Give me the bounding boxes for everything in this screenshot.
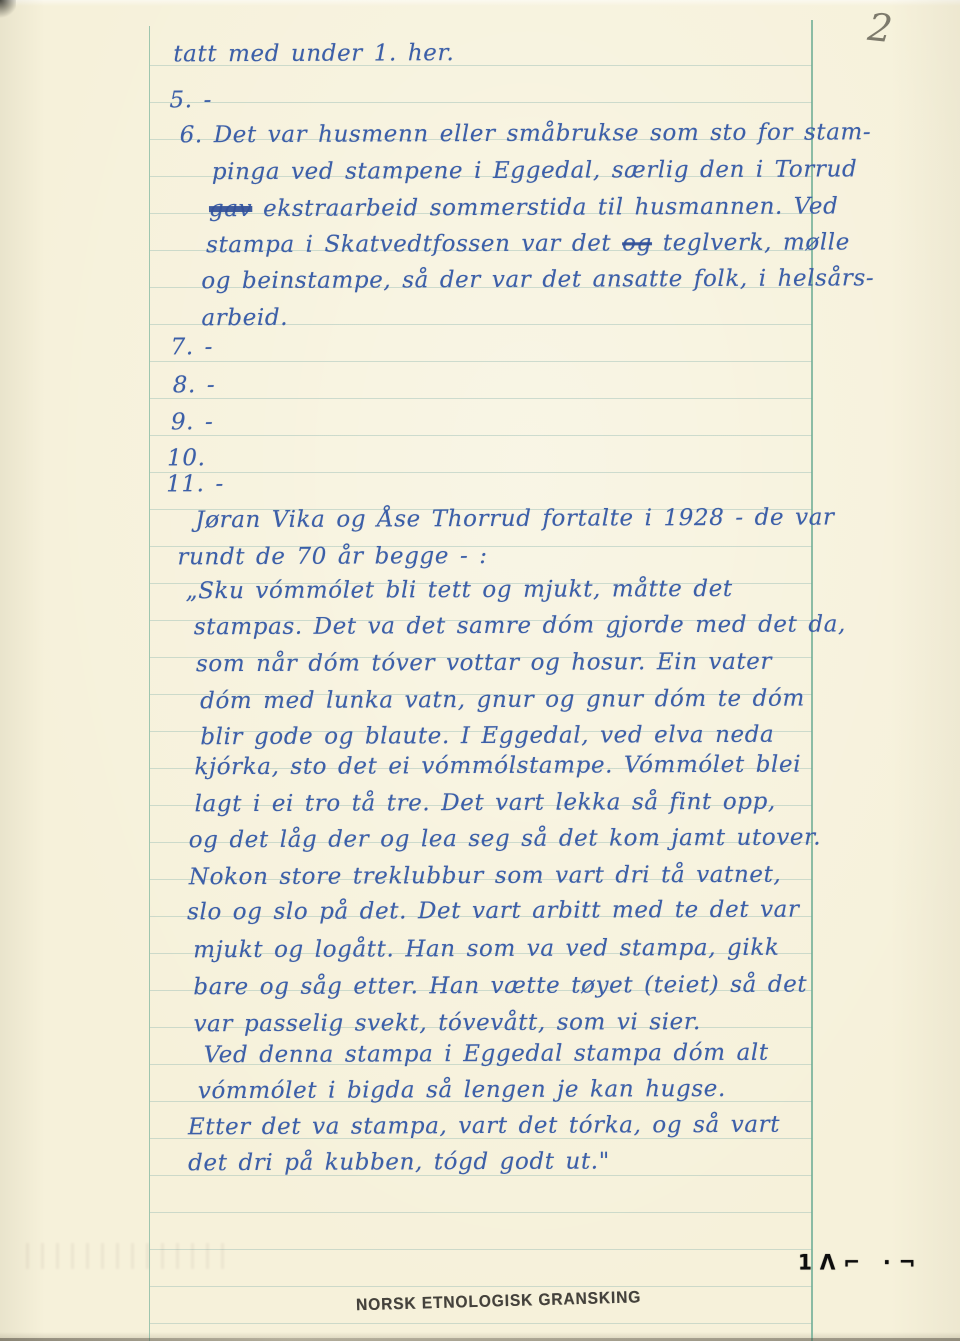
handwriting-line: slo og slo på det. Det vart arbitt med t… — [187, 897, 800, 926]
handwriting-line: og beinstampe, så der var det ansatte fo… — [201, 265, 874, 294]
handwriting-text: rundt de 70 år begge - : — [177, 543, 487, 570]
handwriting-line: tatt med under 1. her. — [173, 40, 454, 67]
ink-bleed-through-marks — [26, 1243, 231, 1269]
handwriting-text: tatt med under 1. her. — [173, 40, 454, 67]
handwriting-text: var passelig svekt, tóvevått, som vi sie… — [193, 1009, 700, 1037]
handwriting-line: vómmólet i bigda så lengen je kan hugse. — [198, 1076, 726, 1104]
struck-word: og — [622, 230, 652, 256]
handwriting-text: bare og såg etter. Han vætte tøyet (teie… — [193, 972, 807, 1001]
handwriting-line: kjórka, sto det ei vómmólstampe. Vómmóle… — [194, 752, 801, 781]
handwriting-text: og det låg der og lea seg så det kom jam… — [189, 825, 821, 854]
handwriting-line: 7. - — [171, 334, 214, 360]
handwriting-text: 8. - — [173, 372, 216, 398]
handwriting-line: gav ekstraarbeid sommerstida til husmann… — [209, 193, 839, 222]
handwriting-line: 6. Det var husmenn eller småbrukse som s… — [180, 119, 872, 148]
handwriting-line: og det låg der og lea seg så det kom jam… — [189, 825, 821, 854]
handwriting-line: blir gode og blaute. I Eggedal, ved elva… — [200, 722, 774, 751]
handwriting-text: kjórka, sto det ei vómmólstampe. Vómmóle… — [194, 752, 801, 781]
handwriting-line: Nokon store treklubbur som vart dri tå v… — [189, 862, 782, 891]
handwriting-text: 7. - — [171, 334, 214, 360]
handwriting-line: 10. — [167, 445, 206, 471]
handwriting-text: Jøran Vika og Åse Thorrud fortalte i 192… — [195, 504, 834, 533]
handwriting-text: som når dóm tóver vottar og hosur. Ein v… — [196, 649, 772, 678]
handwriting-text: mjukt og logått. Han som va ved stampa, … — [193, 935, 779, 964]
handwriting-text: stampa i Skatvedtfossen var det — [206, 230, 622, 258]
handwriting-text: pinga ved stampene i Eggedal, særlig den… — [212, 156, 858, 185]
handwriting-line: „Sku vómmólet bli tett og mjukt, måtte d… — [186, 576, 733, 604]
handwriting-text: 10. — [167, 445, 206, 471]
handwriting-text: ekstraarbeid sommerstida til husmannen. … — [252, 193, 838, 222]
handwriting-text: 9. - — [171, 409, 214, 435]
handwriting-line: stampa i Skatvedtfossen var det og teglv… — [206, 229, 850, 258]
handwriting-text: vómmólet i bigda så lengen je kan hugse. — [198, 1076, 726, 1104]
handwriting-text: 6. Det var husmenn eller småbrukse som s… — [180, 119, 872, 148]
handwriting-line: stampas. Det va det samre dóm gjorde med… — [194, 611, 846, 640]
handwriting-text: Etter det va stampa, vart det tórka, og … — [188, 1112, 780, 1141]
handwriting-text: det dri på kubben, tógd godt ut." — [188, 1148, 610, 1176]
handwriting-text: slo og slo på det. Det vart arbitt med t… — [187, 897, 800, 926]
handwriting-text: „Sku vómmólet bli tett og mjukt, måtte d… — [186, 576, 733, 604]
handwriting-line: 9. - — [171, 409, 214, 435]
handwriting-line: bare og såg etter. Han vætte tøyet (teie… — [193, 972, 807, 1001]
handwriting-line: 11. - — [166, 471, 224, 497]
handwriting-line: arbeid. — [201, 305, 288, 331]
handwriting-line: Ved denna stampa i Eggedal stampa dóm al… — [204, 1040, 769, 1068]
handwriting-line: var passelig svekt, tóvevått, som vi sie… — [193, 1009, 700, 1037]
handwriting-line: 8. - — [173, 372, 216, 398]
handwriting-line: som når dóm tóver vottar og hosur. Ein v… — [196, 649, 772, 678]
partial-stamp-marks: 1Ʌ⌐ ∙¬ — [798, 1249, 923, 1274]
handwriting-text: blir gode og blaute. I Eggedal, ved elva… — [200, 722, 774, 751]
handwriting-text: stampas. Det va det samre dóm gjorde med… — [194, 611, 846, 640]
handwriting-text: Nokon store treklubbur som vart dri tå v… — [189, 862, 782, 891]
handwriting-text: 5. - — [169, 87, 212, 113]
handwriting-line: det dri på kubben, tógd godt ut." — [188, 1148, 610, 1176]
handwriting-line: lagt i ei tro tå tre. Det vart lekka så … — [195, 789, 776, 818]
struck-word: gav — [209, 196, 252, 222]
handwriting-text: og beinstampe, så der var det ansatte fo… — [201, 265, 874, 294]
handwriting-line: Etter det va stampa, vart det tórka, og … — [188, 1112, 780, 1141]
handwriting-text: arbeid. — [201, 305, 288, 331]
handwriting-text: dóm med lunka vatn, gnur og gnur dóm te … — [200, 686, 805, 715]
handwriting-line: pinga ved stampene i Eggedal, særlig den… — [212, 156, 858, 185]
handwriting-text: teglverk, mølle — [652, 229, 850, 256]
handwriting-line: Jøran Vika og Åse Thorrud fortalte i 192… — [195, 504, 834, 533]
manuscript-text: tatt med under 1. her.5. -6. Det var hus… — [0, 0, 960, 1341]
handwriting-line: rundt de 70 år begge - : — [177, 543, 487, 570]
handwriting-line: 5. - — [169, 87, 212, 113]
handwriting-text: 11. - — [166, 471, 224, 497]
handwriting-text: Ved denna stampa i Eggedal stampa dóm al… — [204, 1040, 769, 1068]
handwriting-line: mjukt og logått. Han som va ved stampa, … — [193, 935, 779, 964]
handwriting-line: dóm med lunka vatn, gnur og gnur dóm te … — [200, 686, 805, 715]
handwriting-text: lagt i ei tro tå tre. Det vart lekka så … — [195, 789, 776, 818]
